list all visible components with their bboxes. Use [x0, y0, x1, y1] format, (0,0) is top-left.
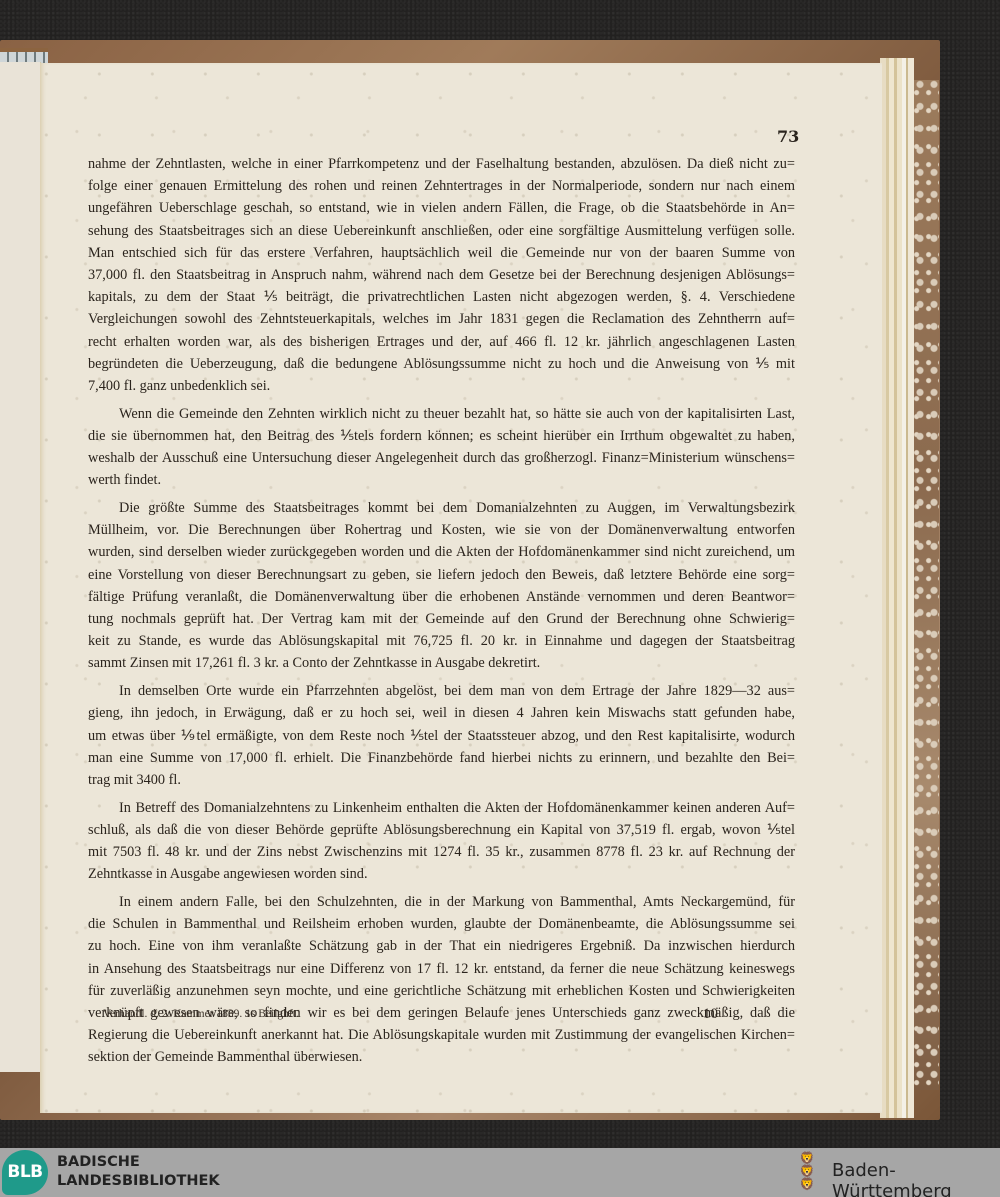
- text-line: Die größte Summe des Staatsbeitrages kom…: [88, 497, 795, 519]
- paragraph: In einem andern Falle, bei den Schulzehn…: [88, 891, 795, 1069]
- text-line: In Betreff des Domanialzehntens zu Linke…: [88, 797, 795, 819]
- marbled-cover-edge: [913, 80, 939, 1090]
- text-line: 37,000 fl. den Staatsbeitrag in Anspruch…: [88, 264, 795, 286]
- text-line: Regierung die Uebereinkunft anerkannt ha…: [88, 1024, 795, 1046]
- blb-logo[interactable]: BLB: [2, 1150, 48, 1195]
- paragraph: Wenn die Gemeinde den Zehnten wirklich n…: [88, 403, 795, 492]
- page-stack-edge: [880, 58, 914, 1118]
- text-line: sehung des Staatsbeitrages sich an diese…: [88, 220, 795, 242]
- signature-mark: 10: [703, 1006, 718, 1023]
- text-line: eine Vorstellung von dieser Berechnungsa…: [88, 564, 795, 586]
- text-line: Man entschied sich für das erstere Verfa…: [88, 242, 795, 264]
- text-line: Wenn die Gemeinde den Zehnten wirklich n…: [88, 403, 795, 425]
- page-body-text: nahme der Zehntlasten, welche in einer P…: [88, 153, 795, 1074]
- text-line: sammt Zinsen mit 17,261 fl. 3 kr. a Cont…: [88, 652, 795, 674]
- text-line: In demselben Orte wurde ein Pfarrzehnten…: [88, 680, 795, 702]
- text-line: keit zu Stande, es wurde das Ablösungska…: [88, 630, 795, 652]
- text-line: um etwas über ⅑tel ermäßigte, von dem Re…: [88, 725, 795, 747]
- lion-crest-icon: 🦁🦁🦁: [792, 1152, 822, 1194]
- text-line: ungefähren Ueberschlage geschah, so ents…: [88, 197, 795, 219]
- page-number: 73: [777, 127, 799, 146]
- text-line: sektion der Gemeinde Bammenthal überwies…: [88, 1046, 795, 1068]
- library-name-line2: LANDESBIBLIOTHEK: [57, 1172, 220, 1191]
- paragraph: nahme der Zehntlasten, welche in einer P…: [88, 153, 795, 397]
- printer-footer-note: Verhandl. d. 2. Kammer 1839. 1s Beilghft…: [103, 1008, 299, 1020]
- text-line: schluß, als daß die von dieser Behörde g…: [88, 819, 795, 841]
- text-line: in Ansehung des Staatsbeitrags nur eine …: [88, 958, 795, 980]
- text-line: begründeten die Ueberzeugung, daß die be…: [88, 353, 795, 375]
- text-line: Müllheim, vor. Die Berechnungen über Roh…: [88, 519, 795, 541]
- text-line: Zehntkasse in Ausgabe angewiesen worden …: [88, 863, 795, 885]
- paragraph: Die größte Summe des Staatsbeitrages kom…: [88, 497, 795, 675]
- text-line: In einem andern Falle, bei den Schulzehn…: [88, 891, 795, 913]
- facing-page-edge: [0, 62, 41, 1072]
- text-line: folge einer genauen Ermittelung des rohe…: [88, 175, 795, 197]
- library-name[interactable]: BADISCHE LANDESBIBLIOTHEK: [57, 1153, 220, 1191]
- state-name[interactable]: Baden-Württemberg: [832, 1160, 1000, 1197]
- text-line: recht erhalten worden war, als des bishe…: [88, 331, 795, 353]
- text-line: tung nochmals geprüft hat. Der Vertrag k…: [88, 608, 795, 630]
- text-line: die sie übernommen hat, den Beitrag des …: [88, 425, 795, 447]
- text-line: für zuverläßig anzunehmen seyn mochte, u…: [88, 980, 795, 1002]
- paragraph: In Betreff des Domanialzehntens zu Linke…: [88, 797, 795, 886]
- text-line: weshalb der Ausschuß eine Untersuchung d…: [88, 447, 795, 469]
- text-line: die Schulen in Bammenthal und Reilsheim …: [88, 913, 795, 935]
- text-line: zu hoch. Eine von ihm veranlaßte Schätzu…: [88, 935, 795, 957]
- paragraph: In demselben Orte wurde ein Pfarrzehnten…: [88, 680, 795, 791]
- text-line: gieng, ihn jedoch, in Erwägung, daß er z…: [88, 702, 795, 724]
- text-line: nahme der Zehntlasten, welche in einer P…: [88, 153, 795, 175]
- text-line: trag mit 3400 fl.: [88, 769, 795, 791]
- text-line: man eine Summe von 17,000 fl. erhielt. D…: [88, 747, 795, 769]
- text-line: werth findet.: [88, 469, 795, 491]
- text-line: mit 7503 fl. 48 kr. und der Zins nebst Z…: [88, 841, 795, 863]
- text-line: Vergleichungen sowohl des Zehntsteuerkap…: [88, 308, 795, 330]
- text-line: wurden, sind derselben wieder zurückgege…: [88, 541, 795, 563]
- text-line: 7,400 fl. ganz unbedenklich sei.: [88, 375, 795, 397]
- library-name-line1: BADISCHE: [57, 1153, 220, 1172]
- text-line: kapitals, zu dem der Staat ⅕ beiträgt, d…: [88, 286, 795, 308]
- text-line: fältige Prüfung veranlaßt, die Domänenve…: [88, 586, 795, 608]
